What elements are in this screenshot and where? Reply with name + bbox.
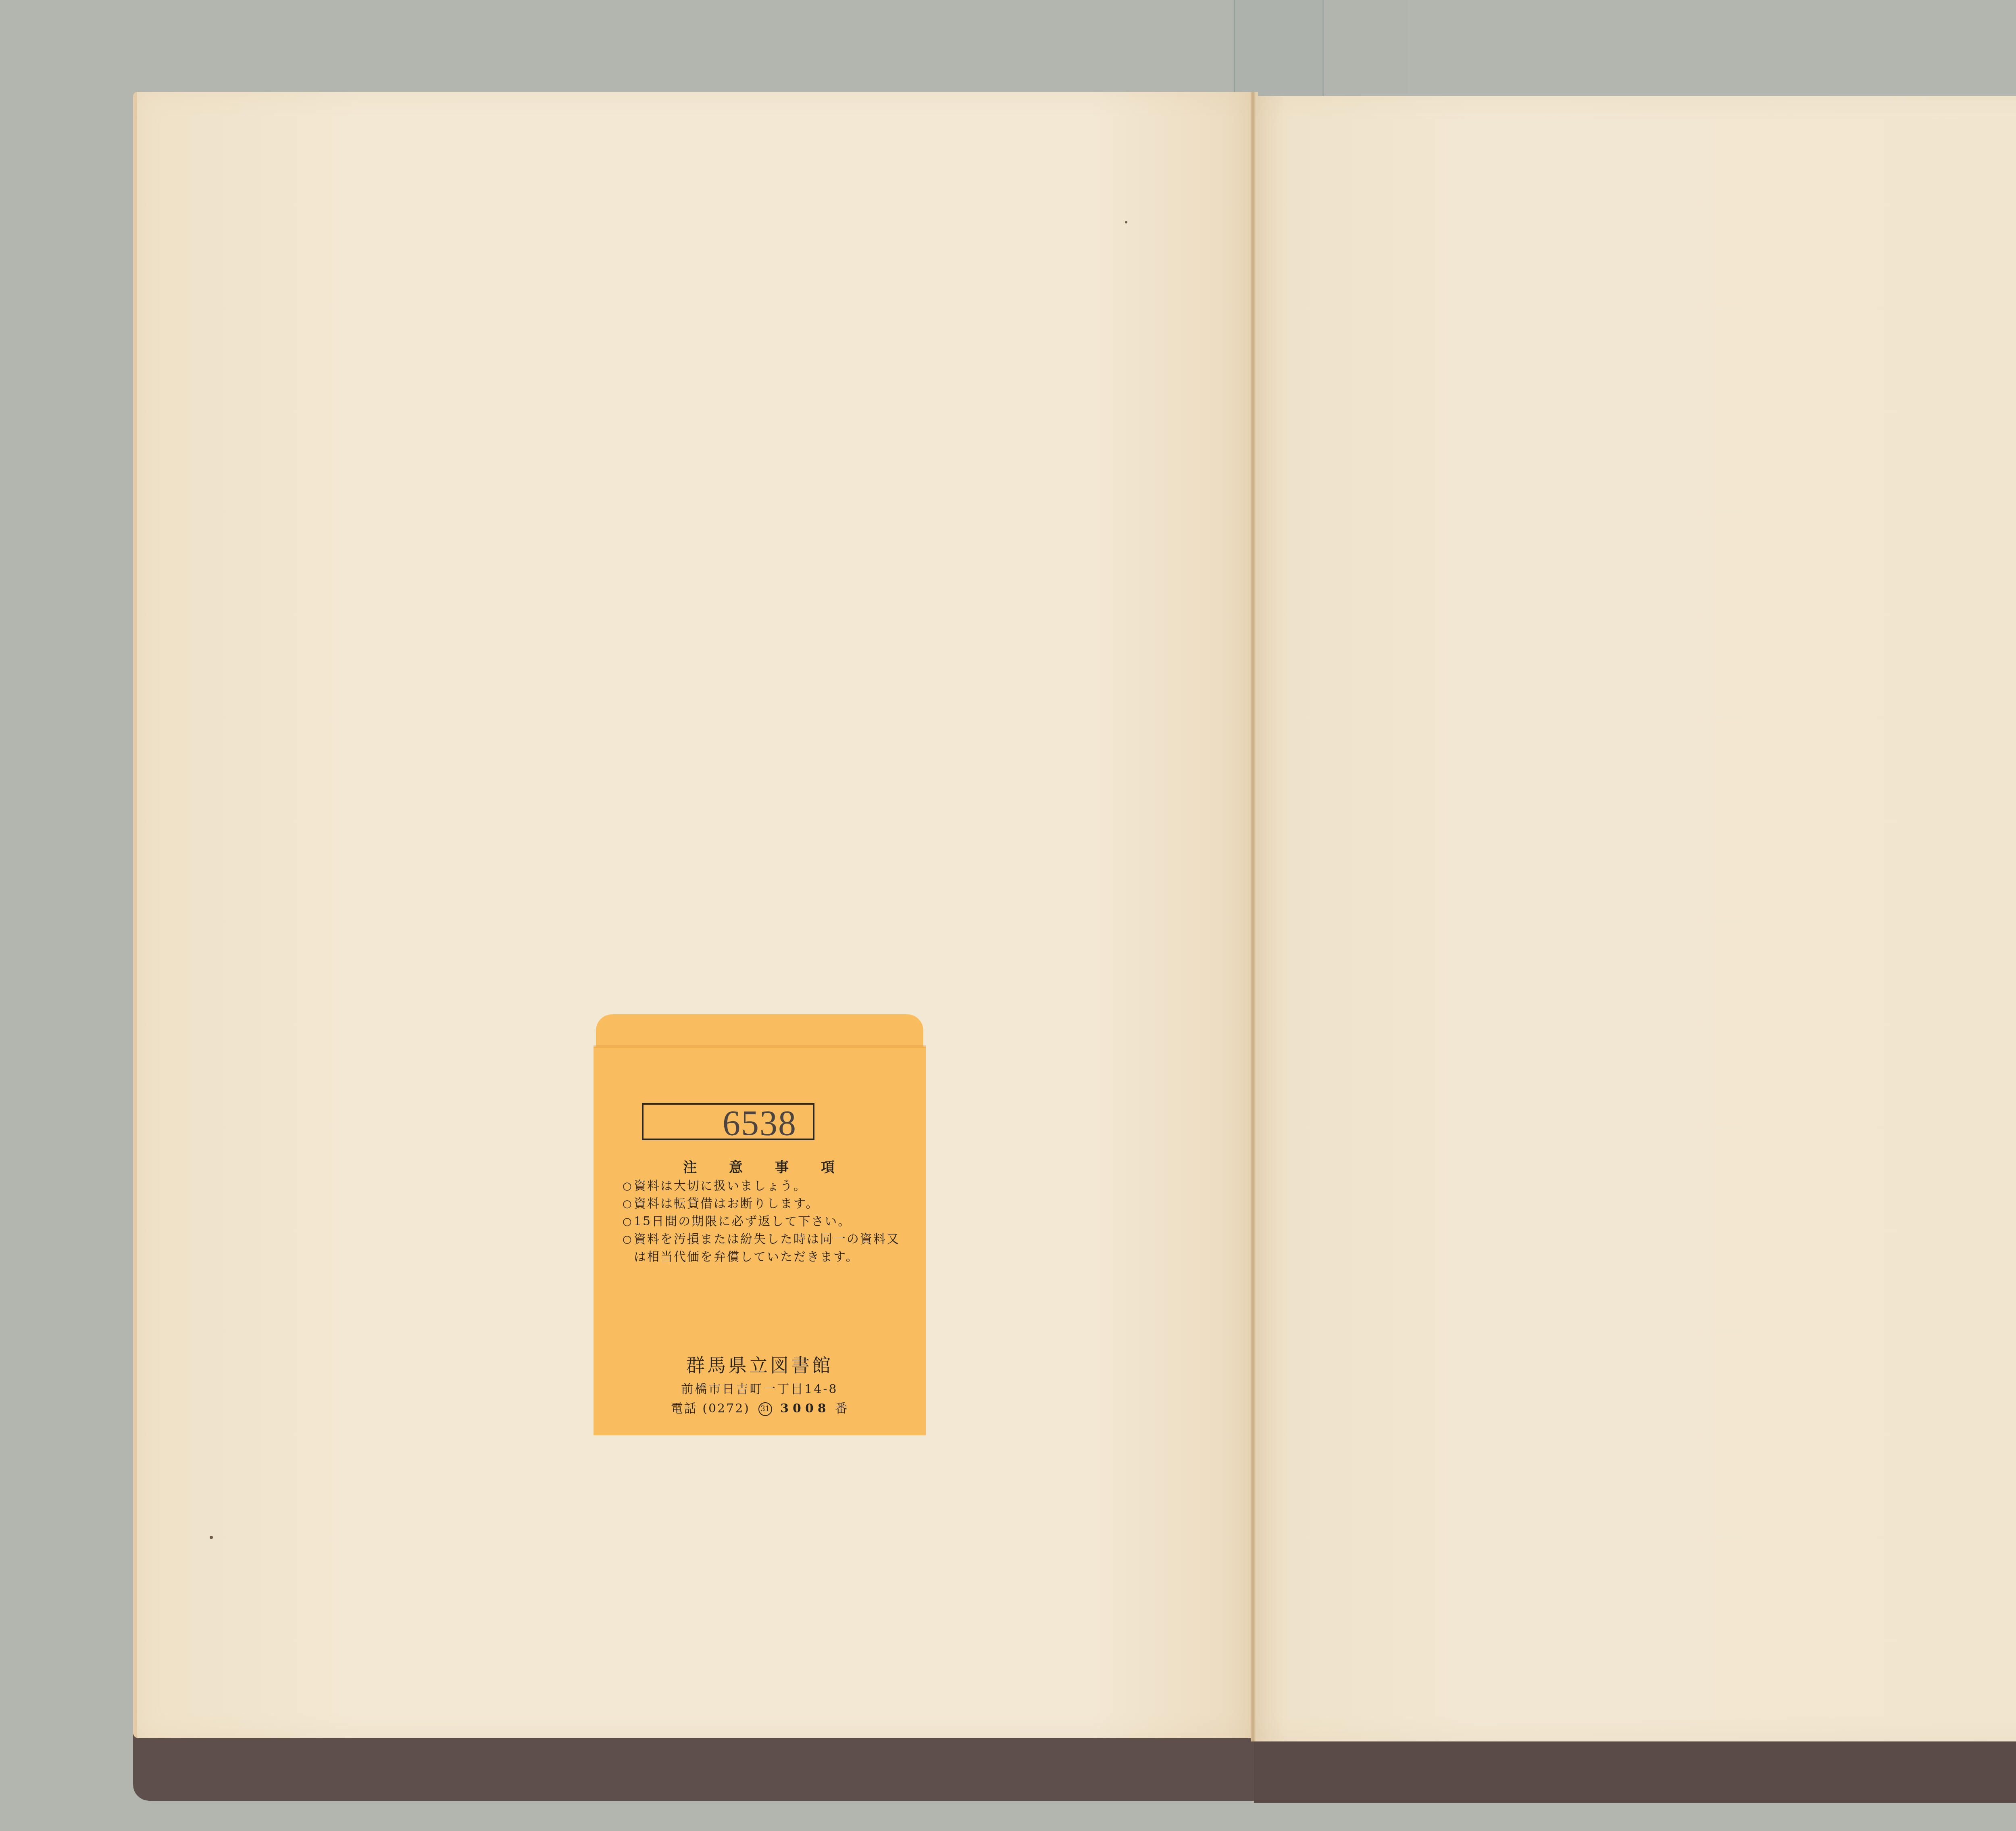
library-name: 群馬県立図書館 [594,1351,926,1377]
notice-item: ○ 資料は大切に扱いましょう。 [623,1177,913,1195]
book-shadow-right [1254,1738,2016,1803]
notice-list: ○ 資料は大切に扱いましょう。 ○ 資料は転貸借はお断りします。 ○ 15日間の… [623,1177,913,1266]
notice-item: ○ 資料は転貸借はお断りします。 [623,1195,913,1213]
library-card-pocket[interactable]: 6538 注 意 事 項 ○ 資料は大切に扱いましょう。 ○ 資料は転貸借はお断… [596,1014,923,1434]
notice-title: 注 意 事 項 [594,1156,926,1176]
notice-item: ○ 資料を汚損または紛失した時は同一の資料又は相当代価を弁償していただきます。 [623,1230,913,1266]
circle-bullet-icon: ○ [623,1213,634,1230]
library-address: 前橋市日吉町一丁目14-8 [594,1379,926,1397]
left-page [133,92,1258,1738]
right-page [1254,96,2016,1741]
library-phone: 電話 (0272) 31 3008 番 [594,1398,926,1416]
book-spine-gutter [1251,92,1256,1741]
circled-exchange-number: 31 [758,1402,772,1416]
accession-number: 6538 [723,1103,797,1144]
circle-bullet-icon: ○ [623,1230,634,1266]
paper-speck [1125,221,1127,223]
pocket-front: 6538 注 意 事 項 ○ 資料は大切に扱いましょう。 ○ 資料は転貸借はお断… [594,1047,926,1435]
notice-item: ○ 15日間の期限に必ず返して下さい。 [623,1213,913,1230]
circle-bullet-icon: ○ [623,1195,634,1213]
accession-number-box: 6538 [642,1103,814,1140]
circle-bullet-icon: ○ [623,1177,634,1195]
paper-speck [210,1536,213,1539]
book-shadow-left [133,1734,1258,1801]
